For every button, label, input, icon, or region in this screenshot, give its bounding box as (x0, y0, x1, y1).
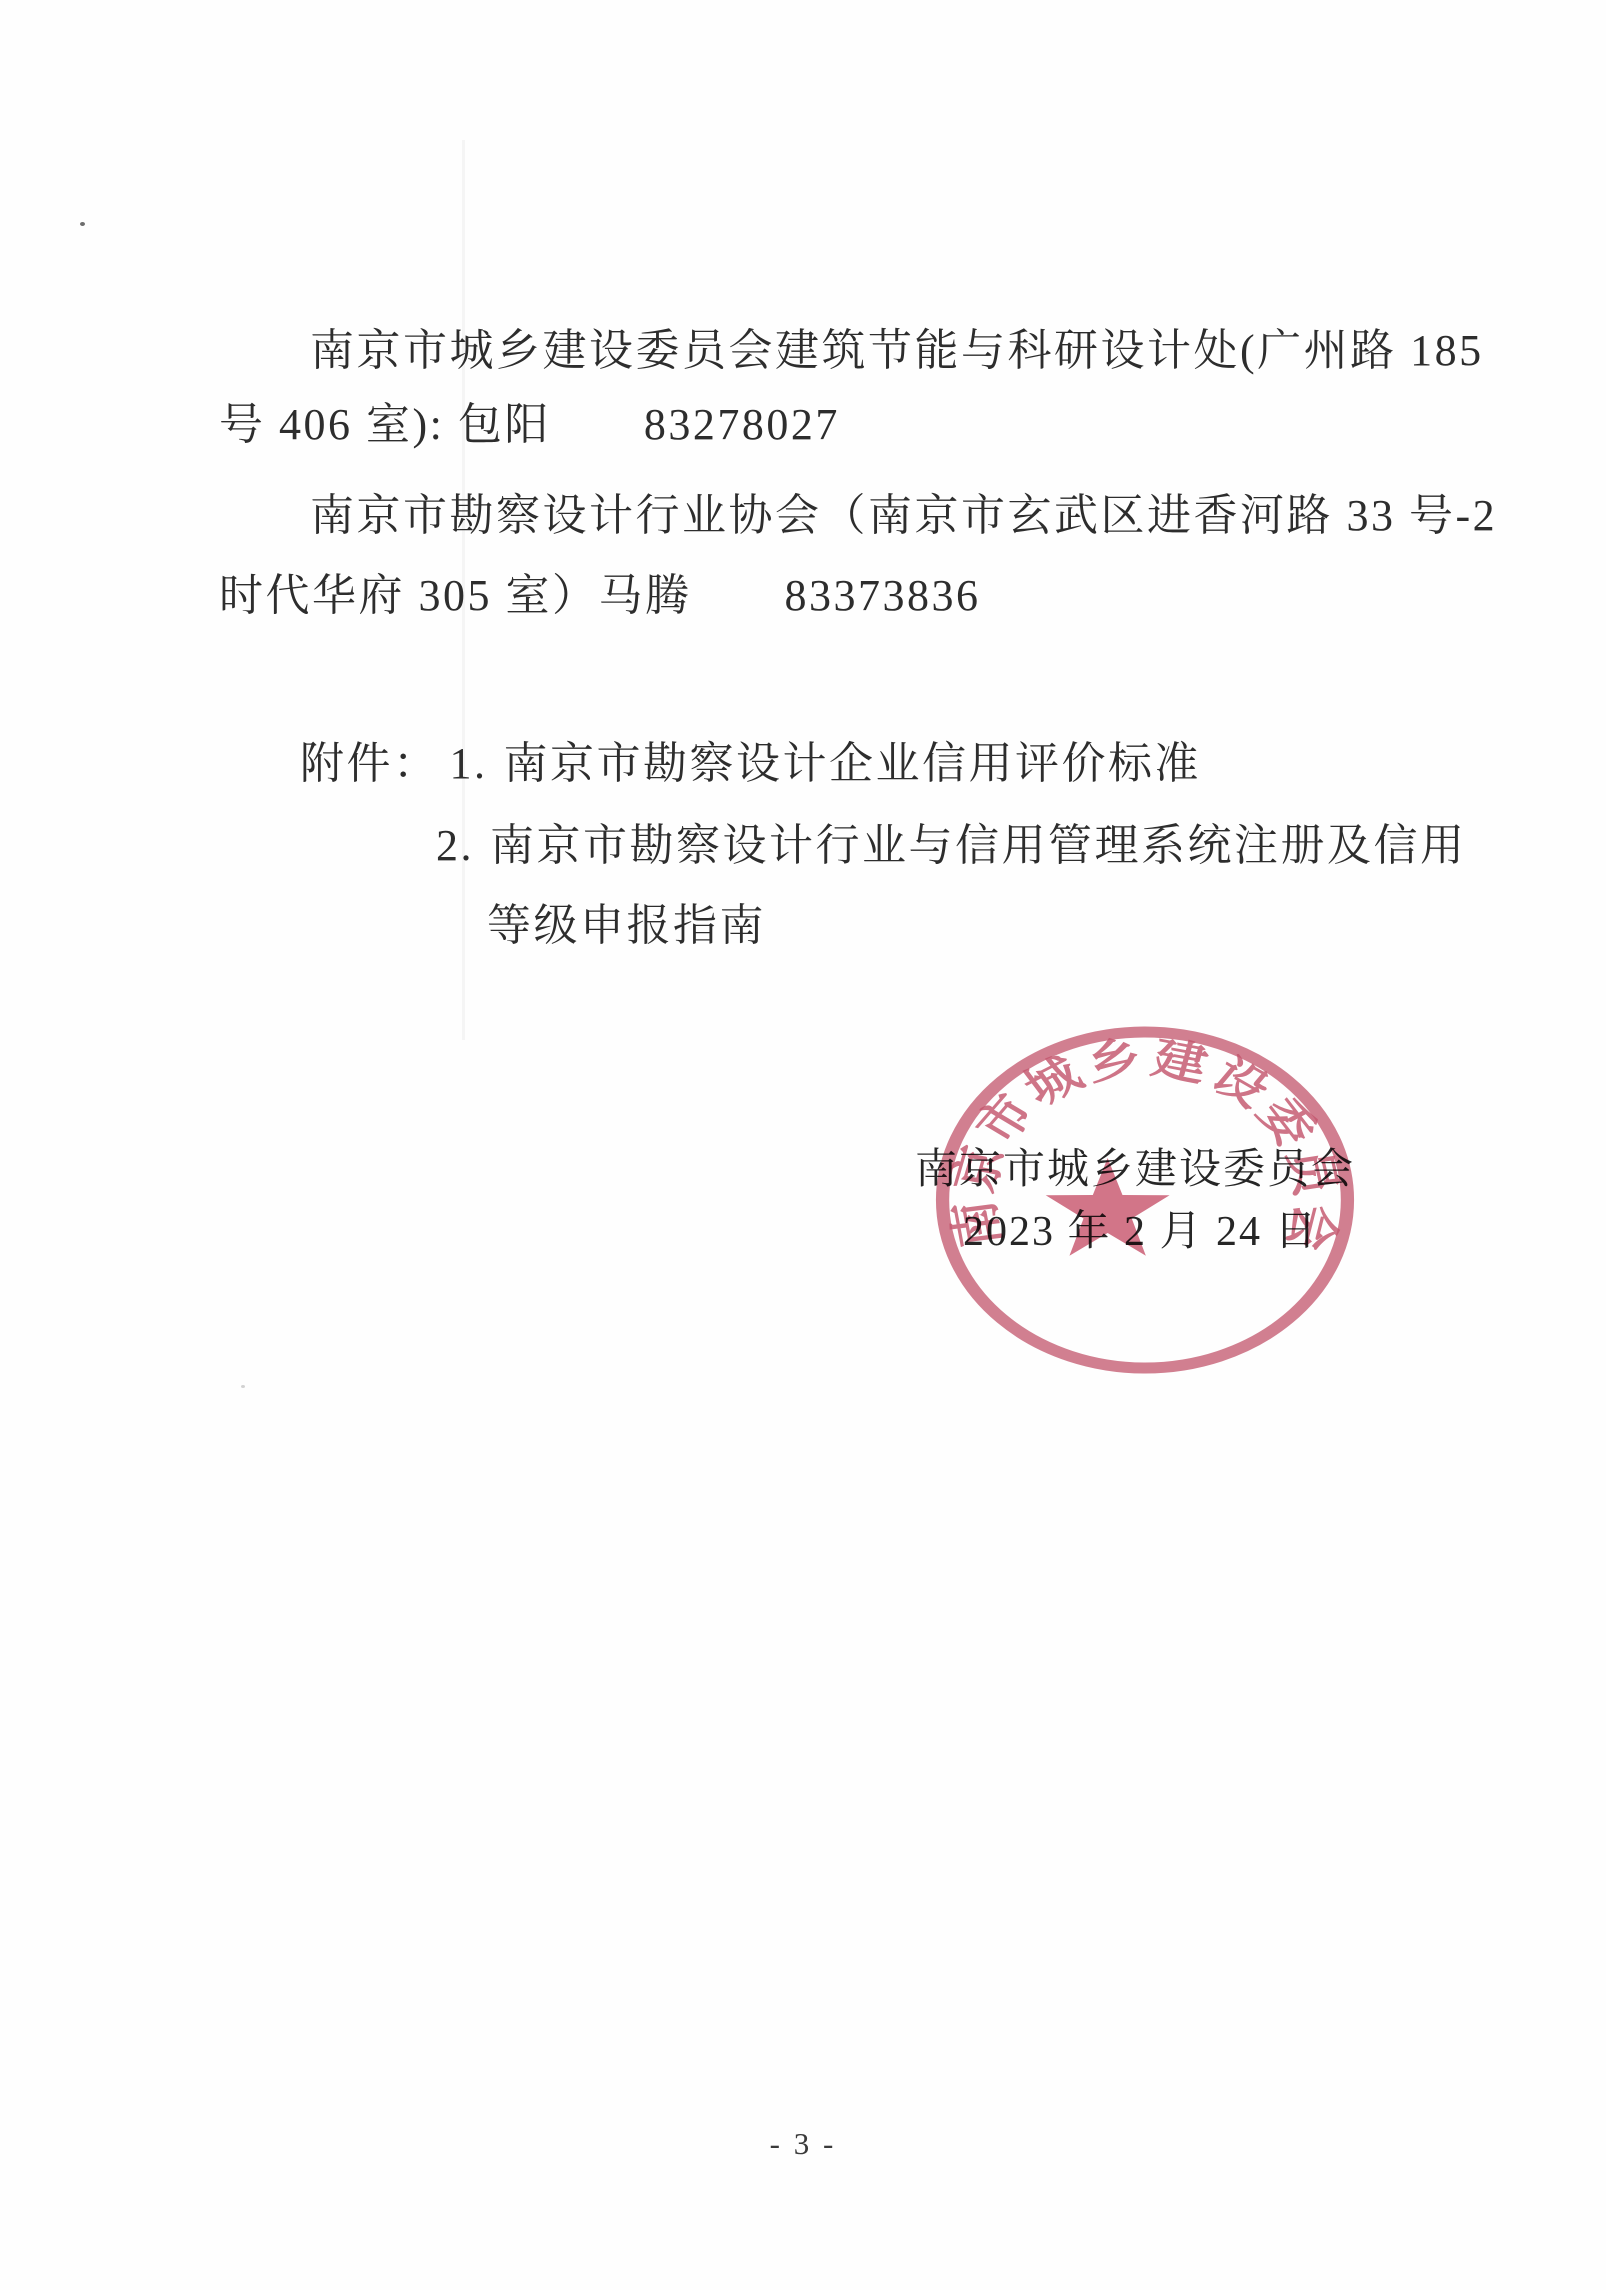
contact1-line2: 号 406 室): 包阳 83278027 (219, 400, 840, 451)
contact2-line2: 时代华府 305 室）马腾 83373836 (219, 571, 981, 622)
attachments-line2-continuation: 等级申报指南 (487, 901, 766, 952)
signature-organization: 南京市城乡建设委员会 (915, 1136, 1355, 1196)
attachment-1-number: 1. (450, 739, 488, 788)
contact1-line1: 南京市城乡建设委员会建筑节能与科研设计处(广州路 185 (310, 326, 1484, 377)
scan-speck (241, 1385, 245, 1388)
attachments-line2: 2.南京市勘察设计行业与信用管理系统注册及信用 (436, 821, 1467, 872)
attachment-2-title: 南京市勘察设计行业与信用管理系统注册及信用 (490, 821, 1467, 870)
attachments-line1: 附件：1.南京市勘察设计企业信用评价标准 (300, 739, 1201, 790)
contact2-line1: 南京市勘察设计行业协会（南京市玄武区进香河路 33 号-2 (310, 491, 1497, 542)
document-page: 南京市城乡建设委员会建筑节能与科研设计处(广州路 185 号 406 室): 包… (0, 0, 1606, 2290)
scan-speck (80, 222, 85, 226)
page-number: - 3 - (0, 2126, 1606, 2162)
attachment-2-number: 2. (436, 821, 474, 870)
signature-date: 2023 年 2 月 24 日 (963, 1198, 1319, 1258)
attachment-1-title: 南京市勘察设计企业信用评价标准 (504, 739, 1202, 788)
attachments-label: 附件： (300, 739, 440, 788)
